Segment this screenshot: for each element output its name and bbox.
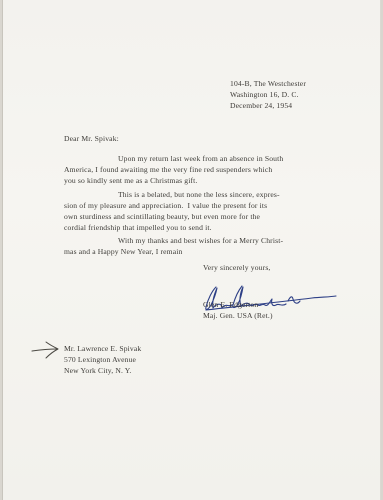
heading-line-city: Washington 16, D. C. bbox=[230, 90, 299, 99]
letter-heading: 104-B, The Westchester Washington 16, D.… bbox=[230, 78, 306, 111]
paragraph-line: America, I found awaiting me the very fi… bbox=[64, 164, 326, 175]
paragraph-3: With my thanks and best wishes for a Mer… bbox=[64, 235, 326, 257]
paragraph-1: Upon my return last week from an absence… bbox=[64, 153, 326, 186]
paragraph-line: you so kindly sent me as a Christmas gif… bbox=[64, 175, 326, 186]
signer-name: Glen E. Edgerton bbox=[203, 299, 258, 310]
letter-page: 104-B, The Westchester Washington 16, D.… bbox=[2, 0, 381, 500]
salutation: Dear Mr. Spivak: bbox=[64, 133, 119, 144]
hand-drawn-arrow-icon bbox=[31, 340, 61, 365]
paragraph-2: This is a belated, but none the less sin… bbox=[64, 189, 326, 233]
paragraph-line: own sturdiness and scintillating beauty,… bbox=[64, 211, 326, 222]
signer-title: Maj. Gen. USA (Ret.) bbox=[203, 310, 273, 321]
paragraph-line: mas and a Happy New Year, I remain bbox=[64, 246, 326, 257]
addressee-city: New York City, N. Y. bbox=[64, 366, 132, 375]
complimentary-closing: Very sincerely yours, bbox=[203, 262, 270, 273]
paragraph-line: This is a belated, but none the less sin… bbox=[64, 189, 326, 200]
paragraph-line: sion of my pleasure and appreciation. I … bbox=[64, 200, 326, 211]
addressee-street: 570 Lexington Avenue bbox=[64, 355, 136, 364]
paragraph-line: cordial friendship that impelled you to … bbox=[64, 222, 326, 233]
addressee-name: Mr. Lawrence E. Spivak bbox=[64, 344, 141, 353]
inside-address: Mr. Lawrence E. Spivak 570 Lexington Ave… bbox=[64, 343, 141, 376]
paragraph-line: Upon my return last week from an absence… bbox=[64, 153, 326, 164]
heading-line-date: December 24, 1954 bbox=[230, 101, 292, 110]
paragraph-line: With my thanks and best wishes for a Mer… bbox=[64, 235, 326, 246]
heading-line-address: 104-B, The Westchester bbox=[230, 79, 306, 88]
